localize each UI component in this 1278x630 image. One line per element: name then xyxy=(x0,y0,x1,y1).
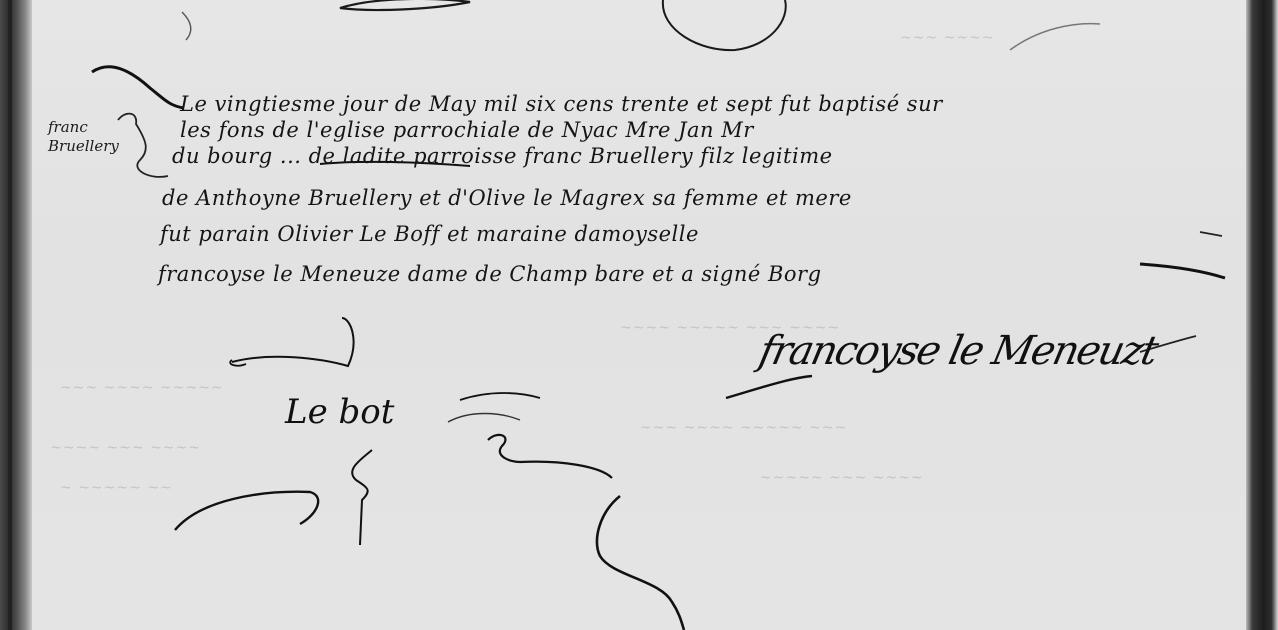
entry-line-3: du bourg ... de ladite parroisse franc B… xyxy=(172,144,833,168)
entry-line-5: fut parain Olivier Le Boff et maraine da… xyxy=(160,222,699,246)
manuscript-page: ~~~ ~~~~ ~~~~~ ~~~~ ~~~ ~~~~ ~ ~~~~~ ~~ … xyxy=(0,0,1278,630)
signature-francoyse: francoyse le Meneuzt xyxy=(755,328,1160,374)
margin-note-line: Bruellery xyxy=(48,137,119,156)
margin-note: franc Bruellery xyxy=(48,118,119,156)
entry-line-2: les fons de l'eglise parrochiale de Nyac… xyxy=(180,118,754,142)
entry-line-4: de Anthoyne Bruellery et d'Olive le Magr… xyxy=(162,186,852,210)
entry-line-1: Le vingtiesme jour de May mil six cens t… xyxy=(180,92,943,116)
signature-le-bot: Le bot xyxy=(285,392,394,432)
margin-note-line: franc xyxy=(48,118,119,137)
entry-line-6: francoyse le Meneuze dame de Champ bare … xyxy=(158,262,822,286)
